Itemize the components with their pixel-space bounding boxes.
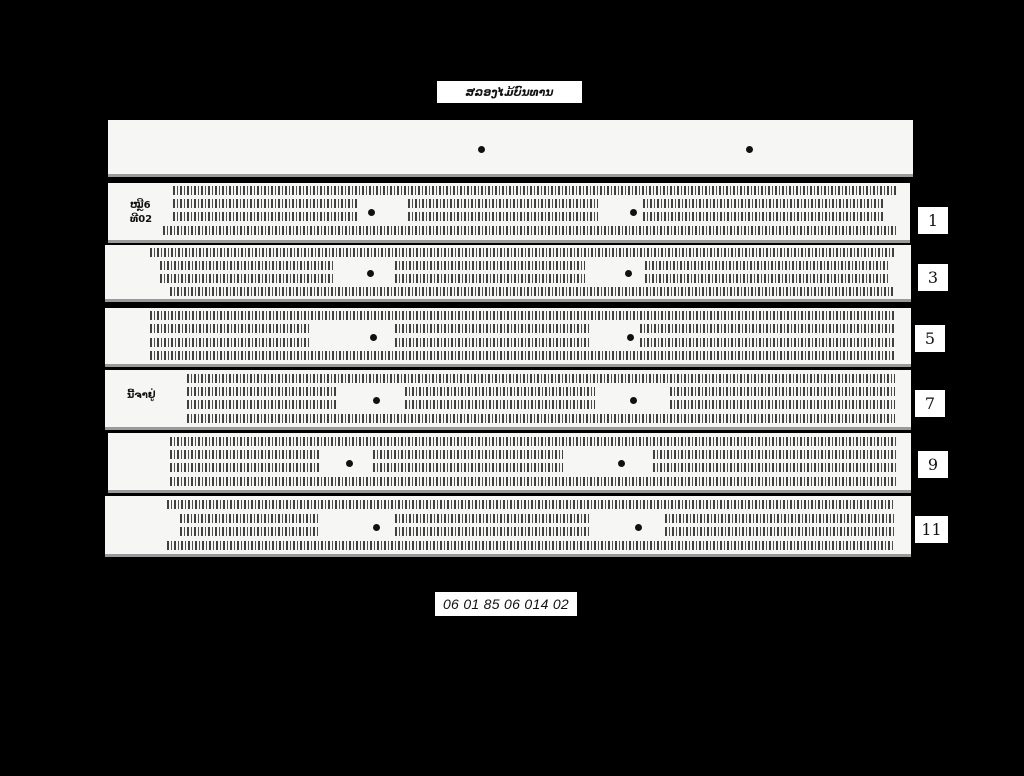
string-hole bbox=[346, 460, 353, 467]
leaf-number-label: 3 bbox=[918, 264, 948, 291]
text-line bbox=[105, 374, 911, 383]
string-hole bbox=[373, 524, 380, 531]
leaf-number-label: 7 bbox=[915, 390, 945, 417]
text-line bbox=[105, 387, 911, 396]
text-line bbox=[105, 500, 911, 509]
text-line bbox=[105, 541, 911, 550]
text-line bbox=[105, 324, 911, 333]
palm-leaf-9 bbox=[108, 433, 911, 493]
string-hole bbox=[367, 270, 374, 277]
text-line bbox=[105, 400, 911, 409]
text-line bbox=[108, 463, 911, 472]
palm-leaf-11 bbox=[105, 496, 911, 557]
string-hole bbox=[618, 460, 625, 467]
text-line bbox=[108, 199, 910, 208]
string-hole bbox=[746, 146, 753, 153]
text-line bbox=[108, 450, 911, 459]
manuscript-title-label: ສລອງໄມ້ບົນທານ bbox=[437, 81, 582, 103]
text-line bbox=[108, 186, 910, 195]
string-hole bbox=[478, 146, 485, 153]
leaf-number-label: 1 bbox=[918, 207, 948, 234]
string-hole bbox=[635, 524, 642, 531]
palm-leaf-7: ນີ້ຈາຢູ່ bbox=[105, 370, 911, 430]
palm-leaf-cover bbox=[108, 120, 913, 177]
string-hole bbox=[630, 397, 637, 404]
text-line bbox=[105, 338, 911, 347]
manuscript-id-label: 06 01 85 06 014 02 bbox=[435, 592, 577, 616]
text-line bbox=[105, 514, 911, 523]
string-hole bbox=[630, 209, 637, 216]
text-line bbox=[108, 437, 911, 446]
text-line bbox=[105, 527, 911, 536]
leaf-number-label: 5 bbox=[915, 325, 945, 352]
text-line bbox=[105, 274, 911, 283]
string-hole bbox=[368, 209, 375, 216]
text-line bbox=[105, 351, 911, 360]
string-hole bbox=[627, 334, 634, 341]
text-line bbox=[108, 477, 911, 486]
text-line bbox=[105, 311, 911, 320]
palm-leaf-5 bbox=[105, 308, 911, 367]
text-line bbox=[105, 261, 911, 270]
text-line bbox=[105, 414, 911, 423]
text-line bbox=[105, 287, 911, 296]
text-line bbox=[108, 212, 910, 221]
palm-leaf-3 bbox=[105, 245, 911, 302]
leaf-number-label: 9 bbox=[918, 451, 948, 478]
text-line bbox=[105, 248, 911, 257]
string-hole bbox=[625, 270, 632, 277]
string-hole bbox=[373, 397, 380, 404]
leaf-number-label: 11 bbox=[915, 516, 948, 543]
text-line bbox=[108, 226, 910, 235]
string-hole bbox=[370, 334, 377, 341]
palm-leaf-1: ໝຼີ6 ທີ02 bbox=[108, 183, 910, 243]
